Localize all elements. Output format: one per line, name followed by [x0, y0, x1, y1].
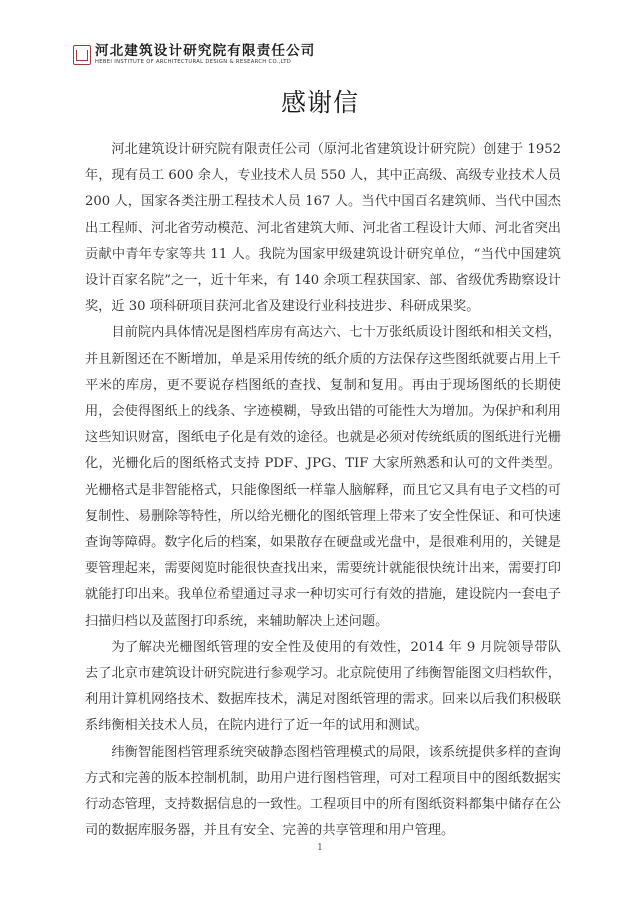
company-name-en: HEBEI INSTITUTE OF ARCHITECTURAL DESIGN …	[95, 59, 316, 66]
paragraph: 目前院内具体情况是图档库房有高达六、七十万张纸质设计图纸和相关文档，并且新图还在…	[85, 320, 561, 634]
company-name-cn: 河北建筑设计研究院有限责任公司	[95, 44, 316, 59]
document-title: 感谢信	[0, 83, 640, 119]
letterhead: 河北建筑设计研究院有限责任公司 HEBEI INSTITUTE OF ARCHI…	[73, 44, 316, 66]
letter-body: 河北建筑设计研究院有限责任公司（原河北省建筑设计研究院）创建于 1952 年，现…	[85, 137, 561, 844]
page-number: 1	[0, 843, 640, 853]
paragraph: 为了解决光栅图纸管理的安全性及使用的有效性，2014 年 9 月院领导带队去了北…	[85, 635, 561, 740]
company-seal-logo-icon	[73, 45, 91, 65]
paragraph: 河北建筑设计研究院有限责任公司（原河北省建筑设计研究院）创建于 1952 年，现…	[85, 137, 561, 320]
paragraph: 纬衡智能图档管理系统突破静态图档管理模式的局限，该系统提供多样的查询方式和完善的…	[85, 740, 561, 845]
